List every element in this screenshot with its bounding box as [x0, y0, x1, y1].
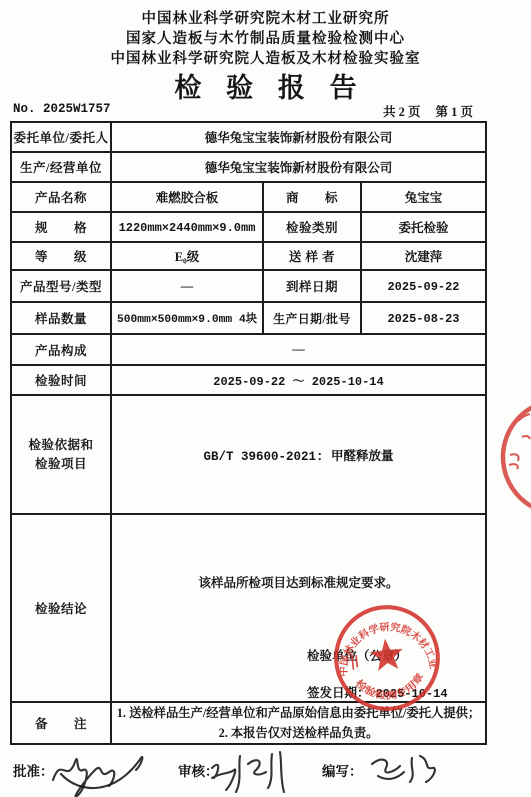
grade-value: E₀级	[111, 242, 263, 270]
client-value: 德华兔宝宝装饰新材股份有限公司	[111, 122, 486, 152]
remark-line-2: 2. 本报告仅对送检样品负责。	[112, 723, 485, 743]
spec-value: 1220mm×2440mm×9.0mm	[119, 221, 256, 235]
table-row: 样品数量 500mm×500mm×9.0mm 4块 生产日期/批号 2025-0…	[11, 302, 486, 334]
trademark-value: 兔宝宝	[361, 182, 486, 212]
composition-value: —	[111, 334, 486, 365]
table-row: 等 级 E₀级 送 样 者 沈建萍	[11, 242, 486, 270]
table-row: 检验依据和 检验项目 GB/T 39600-2021: 甲醛释放量	[11, 395, 486, 514]
org-name-line2: 国家人造板与木竹制品质量检验检测中心	[0, 29, 531, 49]
review-group: 审核：	[178, 760, 219, 780]
conclusion-value: 该样品所检项目达到标准规定要求。	[112, 573, 485, 591]
trademark-label: 商 标	[263, 182, 361, 212]
approve-group: 批准：	[13, 760, 54, 780]
header-org-lines: 中国林业科学研究院木材工业研究所 国家人造板与木竹制品质量检验检测中心 中国林业…	[0, 9, 531, 69]
approve-signature	[43, 744, 155, 797]
basis-label-line1: 检验依据和	[12, 436, 110, 455]
arrival-date-value: 2025-09-22	[387, 280, 459, 294]
inspection-time-value: 2025-09-22 ～ 2025-10-14	[213, 375, 383, 389]
producer-label: 生产/经营单位	[11, 152, 111, 182]
production-date-label: 生产日期/批号	[263, 302, 361, 334]
basis-label: 检验依据和 检验项目	[11, 395, 111, 514]
grade-label: 等 级	[11, 242, 111, 270]
report-meta-row: No. 2025W1757 共 2 页 第 1 页	[0, 102, 531, 120]
product-name-label: 产品名称	[11, 182, 111, 212]
page-indicator: 共 2 页 第 1 页	[383, 102, 473, 120]
quantity-value: 500mm×500mm×9.0mm 4块	[117, 314, 257, 326]
table-row: 委托单位/委托人 德华兔宝宝装饰新材股份有限公司	[11, 122, 486, 152]
table-row: 产品名称 难燃胶合板 商 标 兔宝宝	[11, 182, 486, 212]
composition-label: 产品构成	[11, 334, 111, 365]
page-title: 检 验 报 告	[0, 66, 531, 105]
table-row: 产品构成 —	[11, 334, 486, 365]
signature-row: 批准： 审核： 编写：	[0, 752, 531, 797]
inspection-type-label: 检验类别	[263, 212, 361, 242]
inspection-time-label: 检验时间	[11, 365, 111, 395]
report-number: No. 2025W1757	[13, 102, 111, 116]
conclusion-label: 检验结论	[11, 514, 111, 702]
model-label: 产品型号/类型	[11, 270, 111, 302]
official-round-stamp: 中国林业科学研究院木材工业研究所 检验检测专用章	[320, 591, 454, 725]
page-current: 第 1 页	[435, 102, 473, 120]
table-row: 产品型号/类型 — 到样日期 2025-09-22	[11, 270, 486, 302]
sender-label: 送 样 者	[263, 242, 361, 270]
model-value: —	[111, 270, 263, 302]
basis-label-line2: 检验项目	[12, 455, 110, 474]
pages-total: 共 2 页	[383, 102, 421, 120]
quantity-label: 样品数量	[11, 302, 111, 334]
org-name-line1: 中国林业科学研究院木材工业研究所	[0, 9, 531, 29]
product-name-value: 难燃胶合板	[111, 182, 263, 212]
table-row: 规 格 1220mm×2440mm×9.0mm 检验类别 委托检验	[11, 212, 486, 242]
production-date-value: 2025-08-23	[387, 312, 459, 326]
table-row: 检验时间 2025-09-22 ～ 2025-10-14	[11, 365, 486, 395]
write-label: 编写：	[322, 764, 363, 779]
sender-value: 沈建萍	[361, 242, 486, 270]
arrival-date-label: 到样日期	[263, 270, 361, 302]
producer-value: 德华兔宝宝装饰新材股份有限公司	[111, 152, 486, 182]
write-group: 编写：	[322, 760, 363, 780]
client-label: 委托单位/委托人	[11, 122, 111, 152]
stamp-code-mark	[352, 653, 358, 670]
inspection-report-page: 中国林业科学研究院木材工业研究所 国家人造板与木竹制品质量检验检测中心 中国林业…	[0, 0, 531, 797]
remarks-label: 备 注	[11, 702, 111, 744]
stamp-star-icon	[369, 637, 405, 672]
basis-value: GB/T 39600-2021: 甲醛释放量	[203, 450, 393, 464]
spec-label: 规 格	[11, 212, 111, 242]
inspection-type-value: 委托检验	[361, 212, 486, 242]
partial-edge-stamp	[492, 393, 531, 528]
table-row: 生产/经营单位 德华兔宝宝装饰新材股份有限公司	[11, 152, 486, 182]
